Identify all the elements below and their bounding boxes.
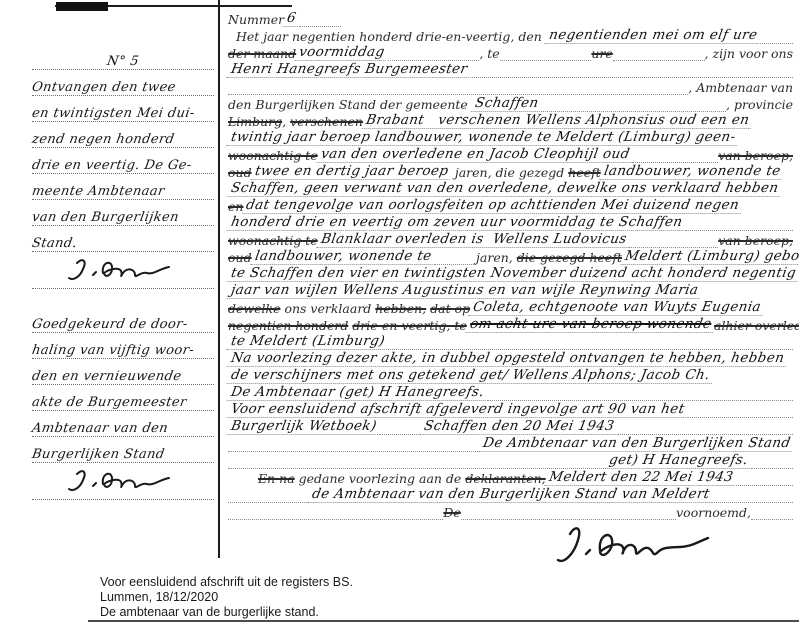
body-line: Burgerlijk Wetboek)Schaffen den 20 Mei 1… [228, 418, 793, 435]
margin-line: Burgerlijken Stand [32, 437, 214, 463]
printed-text-struck: hebben, [375, 301, 426, 316]
handwritten-text: Goedgekeurd de door- [31, 317, 189, 332]
handwritten-text: Stand. [31, 236, 78, 251]
rule-filler [388, 46, 480, 61]
margin-line: drie en veertig. De Ge- [32, 148, 214, 174]
body-line: te Meldert (Limburg) [228, 333, 793, 350]
printed-text: Het jaar negentien honderd drie-en-veert… [228, 29, 546, 44]
bottom-scan-edge-rule [88, 620, 799, 622]
printed-text: ons verklaard [280, 301, 375, 316]
body-line: oudtwee en dertig jaar beroep jaren, die… [228, 163, 793, 180]
handwritten-text: Na voorlezing dezer akte, in dubbel opge… [227, 351, 789, 367]
rule-filler [712, 488, 793, 503]
rule-filler [760, 29, 793, 44]
body-line: Limburg, verschenenBrabant verschenen We… [228, 112, 793, 129]
rule-filler [228, 454, 606, 469]
margin-line: zend negen honderd [32, 122, 214, 148]
printed-text: jaren, [476, 250, 517, 265]
printed-text: , zijn voor ons [705, 46, 793, 61]
handwritten-text: de Ambtenaar van den Burgerlijken Stand … [307, 487, 713, 503]
body-line: de verschijners met ons getekend get/ We… [228, 367, 793, 384]
body-line: Henri Hanegreefs Burgemeester [228, 61, 793, 78]
handwritten-text: akte de Burgemeester [31, 395, 188, 410]
margin-line: Stand. [32, 226, 214, 252]
printed-text-struck: drie-en-veertig, te [352, 318, 467, 333]
rule-filler [487, 386, 793, 401]
rule-filler [228, 437, 480, 452]
handwritten-text: Schaffen den 20 Mei 1943 [420, 419, 619, 435]
handwritten-text: jaar van wijlen Wellens Augustinus en va… [227, 283, 703, 299]
printed-text-struck: De [443, 505, 460, 520]
printed-text: , provincie [726, 97, 793, 112]
handwritten-text: Meldert den 22 Mei 1943 [544, 470, 737, 486]
rule-filler [541, 97, 726, 112]
body-line: honderd drie en veertig om zeven uur voo… [228, 214, 793, 231]
body-line: Schaffen, geen verwant van den overleden… [228, 180, 793, 197]
handwritten-text: dat tengevolge van oorlogsfeiten op acht… [242, 198, 744, 214]
handwritten-text: zend negen honderd [31, 132, 176, 147]
printed-text-struck: Limburg [228, 114, 282, 129]
handwritten-text: De Ambtenaar van den Burgerlijken Stand [478, 436, 794, 452]
handwritten-text: haling van vijftig woor- [31, 343, 195, 358]
handwritten-text: get) H Hanegreefs. [605, 453, 753, 469]
nummer-value: 6 [283, 10, 301, 27]
rule-filler [299, 12, 341, 27]
handwritten-text: Blanklaar overleden is Wellens Ludovicus [316, 232, 630, 248]
top-border-ink-blot [56, 2, 108, 11]
body-line: Voor eensluidend afschrift afgeleverd in… [228, 401, 793, 418]
nummer-label: Nummer [228, 12, 284, 27]
body-line: Devoornoemd, [228, 503, 793, 520]
printed-text-struck: dewelke [228, 301, 280, 316]
rule-filler [228, 505, 443, 520]
printed-text-struck: oud [228, 165, 252, 180]
handwritten-text: landbouwer, wonende te [599, 164, 784, 180]
body-line: Na voorlezing dezer akte, in dubbel opge… [228, 350, 793, 367]
handwritten-text: Ambtenaar van den [31, 421, 169, 436]
body-line: twintig jaar beroep landbouwer, wonende … [228, 129, 793, 146]
rule-filler [228, 488, 309, 503]
body-line: dewelke ons verklaard hebben, dat opCole… [228, 299, 793, 316]
act-number-line: Nummer 6 [228, 4, 793, 27]
handwritten-text: te Meldert (Limburg) [227, 334, 390, 350]
printed-text-struck: alhier overleden is [714, 318, 799, 333]
rule-filler [632, 148, 718, 163]
handwritten-text: Brabant verschenen Wellens Alphonsius ou… [362, 113, 754, 129]
handwritten-text: twintig jaar beroep landbouwer, wonende … [227, 130, 740, 146]
margin-line: Goedgekeurd de door- [32, 307, 214, 333]
body-line: te Schaffen den vier en twintigsten Nove… [228, 265, 793, 282]
handwritten-text: twee en dertig jaar beroep [250, 164, 452, 180]
handwritten-text: Schaffen, geen verwant van den overleden… [227, 181, 783, 197]
printed-text-struck: woonachtig te [228, 233, 318, 248]
margin-gap [32, 289, 214, 307]
body-line: der maandvoormiddag, teure, zijn voor on… [228, 44, 793, 61]
margin-line: haling van vijftig woor- [32, 333, 214, 359]
handwritten-text: voormiddag [295, 45, 389, 61]
margin-line: meente Ambtenaar [32, 174, 214, 200]
handwritten-text: den en vernieuwende [31, 369, 183, 384]
handwritten-text: Henri Hanegreefs Burgemeester [227, 62, 472, 78]
handwritten-text: Coleta, echtgenoote van Wuyts Eugenia [469, 300, 766, 316]
printed-text-struck: oud [228, 250, 252, 265]
body-line: En na gedane voorlezing aan de deklarant… [228, 469, 793, 486]
body-line: Het jaar negentien honderd drie-en-veert… [228, 27, 793, 44]
body-line: jaar van wijlen Wellens Augustinus en va… [228, 282, 793, 299]
printed-text: , [282, 114, 290, 129]
handwritten-text: landbouwer, wonende te [250, 249, 435, 265]
printed-text: , Ambtenaar van [688, 80, 793, 95]
printed-text-struck: heeft [568, 165, 601, 180]
body-line: de Ambtenaar van den Burgerlijken Stand … [228, 486, 793, 503]
printed-text-struck: der maand [228, 46, 296, 61]
margin-line: N° 5 [32, 44, 214, 70]
handwritten-text: N° 5 [106, 54, 140, 69]
margin-annotations: N° 5Ontvangen den tweeen twintigsten Mei… [32, 44, 214, 500]
body-line: De Ambtenaar (get) H Hanegreefs. [228, 384, 793, 401]
registrar-signature [548, 520, 728, 572]
margin-line: van den Burgerlijken [32, 200, 214, 226]
margin-line: akte de Burgemeester [32, 385, 214, 411]
printed-text-struck: verschenen [290, 114, 363, 129]
handwritten-text: Meldert (Limburg) geboren [621, 249, 799, 265]
rule-filler [470, 63, 793, 78]
handwritten-text: van den overledene en Jacob Cleophijl ou… [316, 147, 633, 163]
printed-text-struck: deklaranten, [465, 471, 545, 486]
printed-text-struck: van beroep, [718, 148, 793, 163]
handwritten-text: Burgerlijken Stand [31, 447, 166, 462]
printed-text-struck: ure [591, 46, 612, 61]
rule-filler [388, 335, 793, 350]
margin-divider-line [218, 0, 220, 558]
rule-filler [687, 403, 793, 418]
margin-line: den en vernieuwende [32, 359, 214, 385]
rule-filler [685, 216, 793, 231]
handwritten-text: honderd drie en veertig om zeven uur voo… [227, 215, 687, 231]
rule-filler [736, 471, 793, 486]
printed-text-struck: En na [258, 471, 295, 486]
handwritten-text: Burgerlijk Wetboek) [227, 419, 381, 435]
footer-line-3: De ambtenaar van de burgerlijke stand. [100, 605, 353, 620]
body-line: , Ambtenaar van [228, 78, 793, 95]
margin-line: en twintigsten Mei dui- [32, 96, 214, 122]
handwritten-text-struck: om acht ure van beroep wonende [465, 317, 715, 333]
handwritten-text: en twintigsten Mei dui- [31, 106, 196, 121]
handwritten-text: te Schaffen den vier en twintigsten Nove… [227, 266, 799, 282]
body-line: oudlandbouwer, wonende tejaren, die geze… [228, 248, 793, 265]
printed-text: gedane voorlezing aan de [295, 471, 466, 486]
act-body: Nummer 6 Het jaar negentien honderd drie… [228, 4, 793, 520]
margin-signature [32, 463, 214, 500]
body-line: woonachtig teBlanklaar overleden is Well… [228, 231, 793, 248]
printed-text: jaren, die gezegd [451, 165, 568, 180]
margin-line: Ambtenaar van den [32, 411, 214, 437]
printed-text-struck: woonachtig te [228, 148, 318, 163]
footer-line-2: Lummen, 18/12/2020 [100, 590, 353, 605]
handwritten-text: drie en veertig. De Ge- [31, 158, 193, 173]
signature-flourish-icon [63, 466, 183, 496]
rule-filler [500, 46, 592, 61]
rule-filler [629, 233, 718, 248]
handwritten-text: Ontvangen den twee [31, 80, 177, 95]
handwritten-text: Schaffen [470, 96, 542, 112]
handwritten-text: de verschijners met ons getekend get/ We… [227, 368, 714, 384]
printed-text-struck: negentien honderd [228, 318, 348, 333]
body-line: negentien honderd drie-en-veertig, teom … [228, 316, 793, 333]
handwritten-text: negentienden mei om elf ure [544, 28, 761, 44]
body-line: den Burgerlijken Stand der gemeente Scha… [228, 95, 793, 112]
rule-filler [751, 505, 793, 520]
rule-filler [617, 420, 793, 435]
printed-text-struck: die gezegd heeft [517, 250, 622, 265]
handwritten-text: van den Burgerlijken [31, 210, 180, 225]
rule-filler [379, 420, 421, 435]
handwritten-text: Voor eensluidend afschrift afgeleverd in… [227, 402, 689, 418]
printed-text-struck: dat op [430, 301, 470, 316]
body-line: endat tengevolge van oorlogsfeiten op ac… [228, 197, 793, 214]
certification-footer: Voor eensluidend afschrift uit de regist… [100, 575, 353, 620]
handwritten-text: meente Ambtenaar [31, 184, 166, 199]
scanned-death-certificate: N° 5Ontvangen den tweeen twintigsten Mei… [0, 0, 799, 625]
printed-text: den Burgerlijken Stand der gemeente [228, 97, 472, 112]
body-line: get) H Hanegreefs. [228, 452, 793, 469]
printed-text-struck: van beroep, [718, 233, 793, 248]
signature-flourish-icon [63, 255, 183, 285]
rule-filler [228, 80, 688, 95]
body-line: woonachtig tevan den overledene en Jacob… [228, 146, 793, 163]
printed-text: , te [479, 46, 499, 61]
printed-text: voornoemd, [676, 505, 751, 520]
rule-filler [751, 454, 793, 469]
body-line: De Ambtenaar van den Burgerlijken Stand [228, 435, 793, 452]
rule-filler [613, 46, 705, 61]
margin-line: Ontvangen den twee [32, 70, 214, 96]
margin-signature [32, 252, 214, 289]
handwritten-text: De Ambtenaar (get) H Hanegreefs. [227, 385, 489, 401]
signature-flourish-icon [548, 520, 728, 572]
footer-line-1: Voor eensluidend afschrift uit de regist… [100, 575, 353, 590]
rule-filler [461, 505, 676, 520]
body-lines: Het jaar negentien honderd drie-en-veert… [228, 27, 793, 520]
rule-filler [434, 250, 476, 265]
